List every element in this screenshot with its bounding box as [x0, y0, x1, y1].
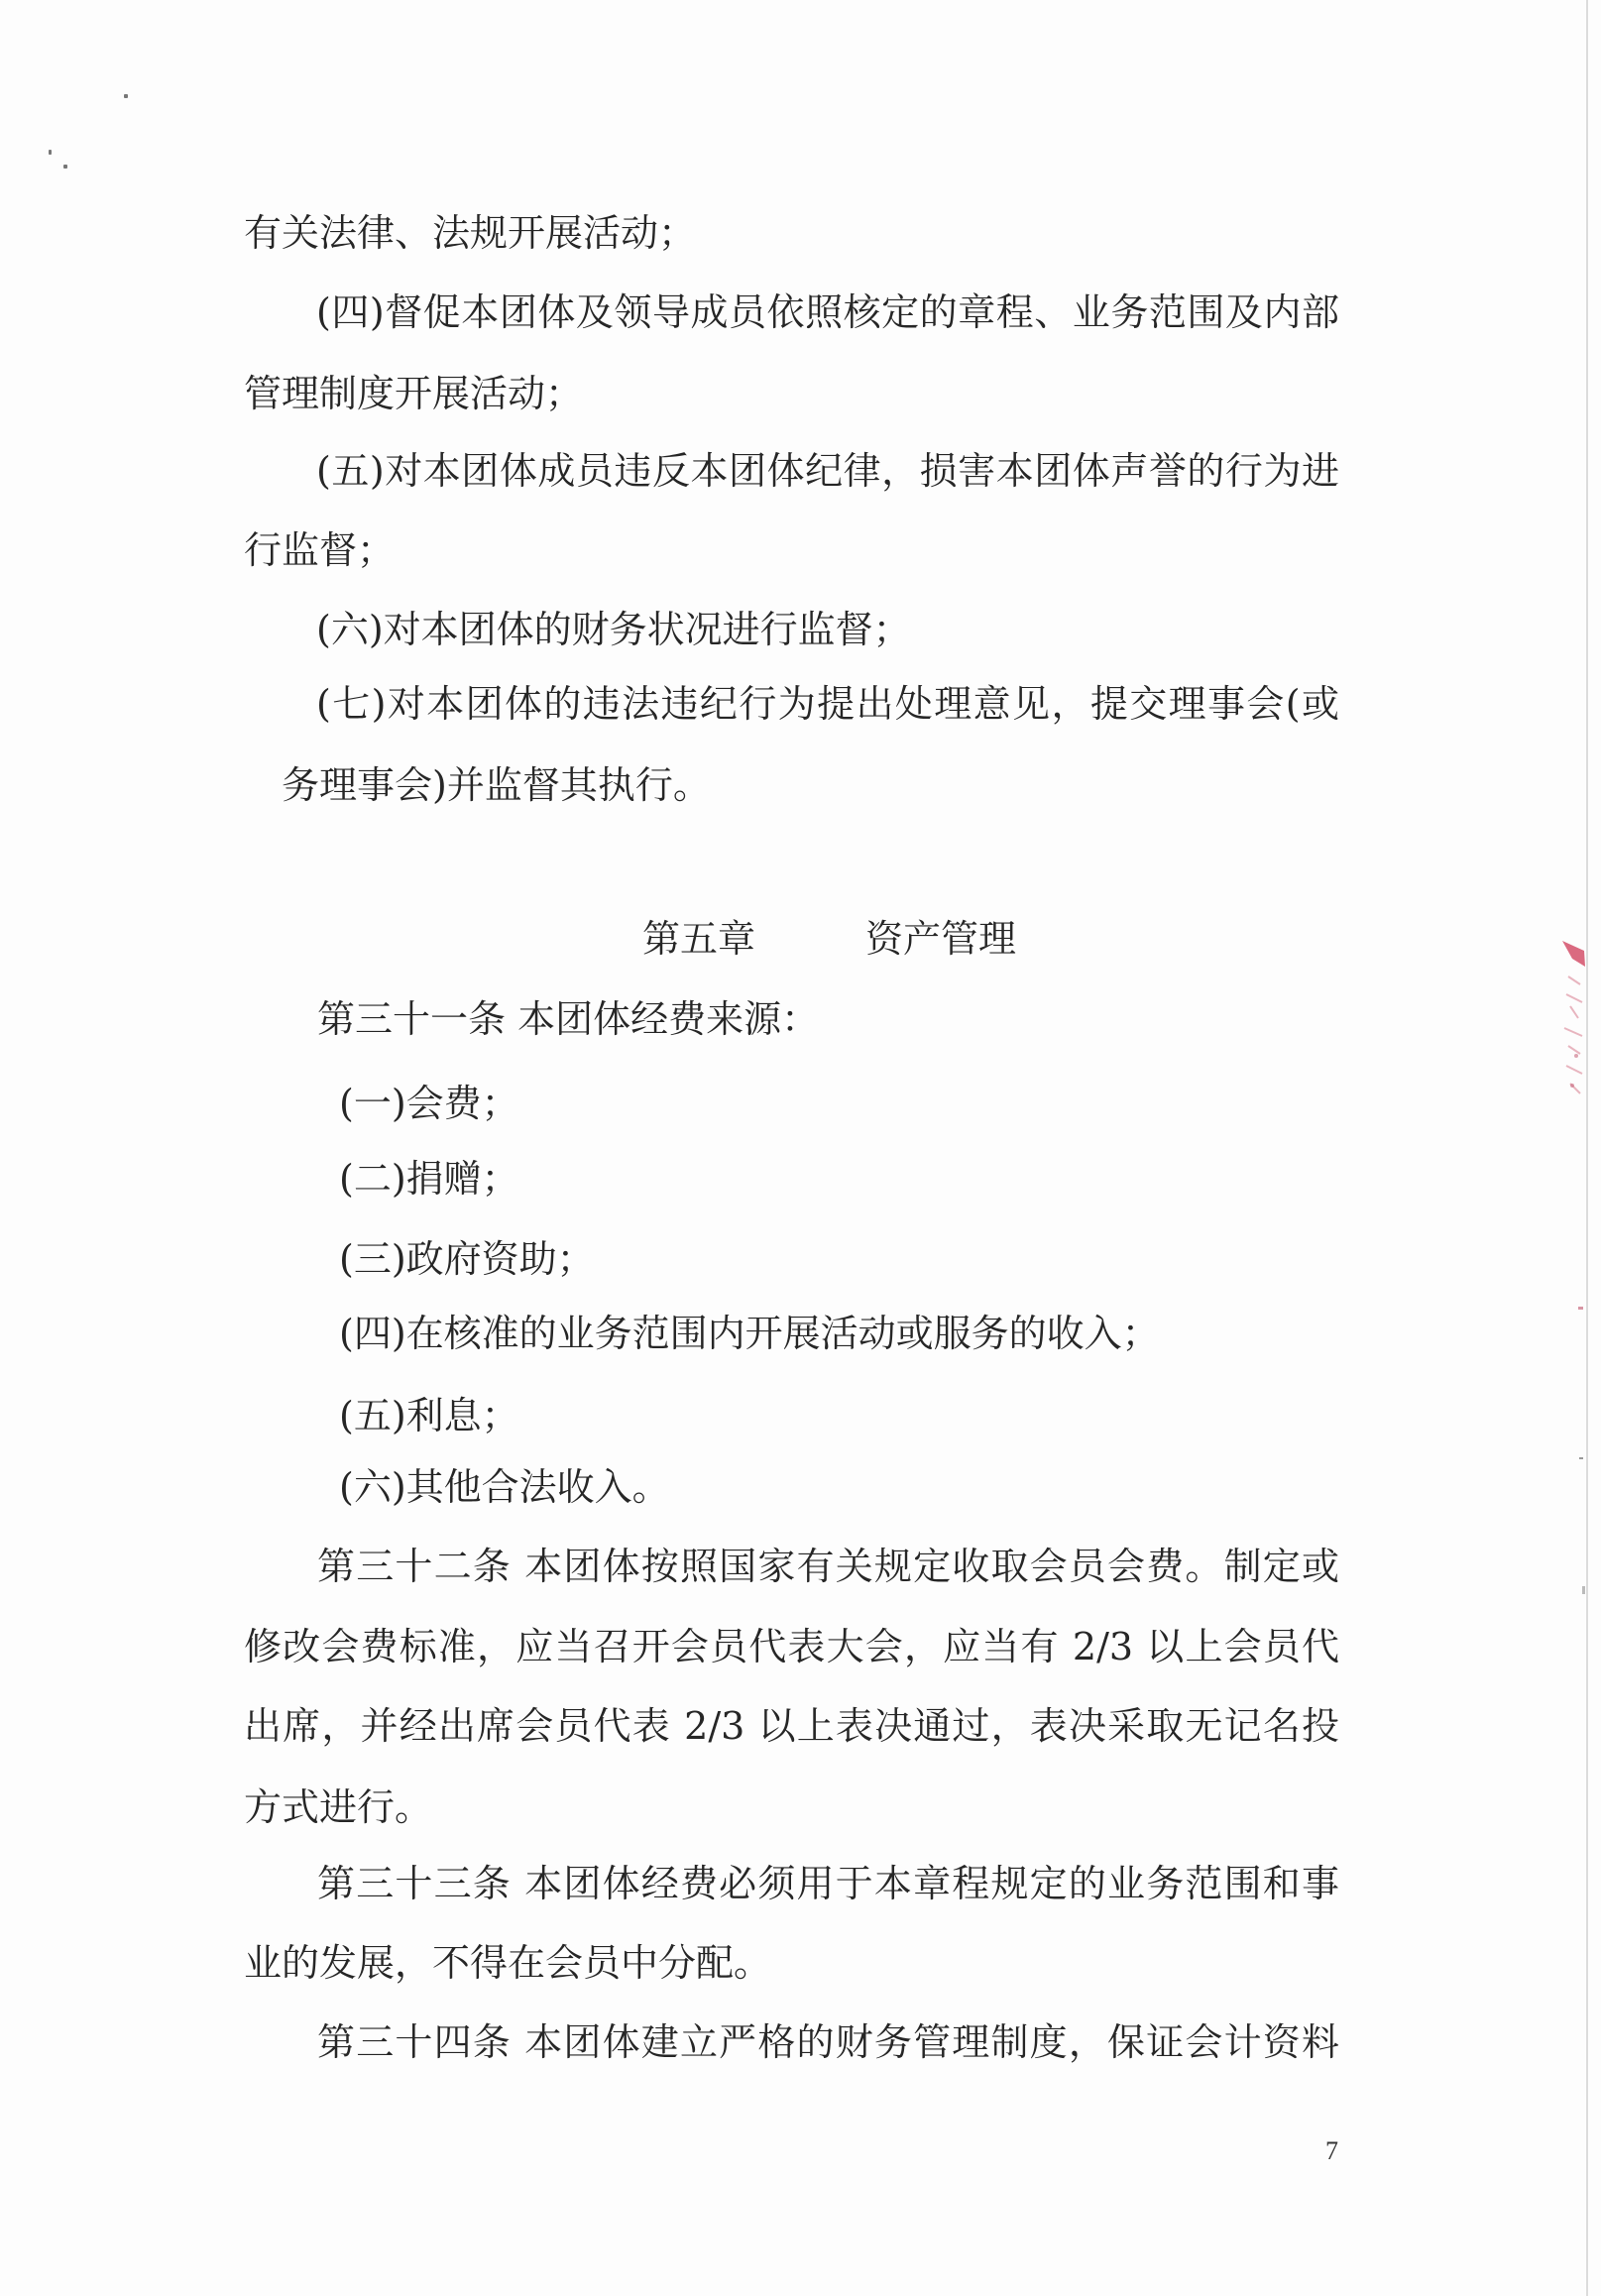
stamp-speck — [1578, 1307, 1583, 1310]
article-heading: 第三十一条 本团体经费来源： — [317, 994, 819, 1044]
scan-speck — [1582, 1586, 1585, 1594]
article-text: 方式进行。 — [244, 1782, 432, 1832]
scanned-document-page: 有关法律、法规开展活动； (四)督促本团体及领导成员依照核定的章程、业务范围及内… — [0, 0, 1601, 2296]
article-text: 第三十四条 本团体建立严格的财务管理制度，保证会计资料合 — [317, 2017, 1339, 2067]
article-text: 出席，并经出席会员代表 2/3 以上表决通过，表决采取无记名投票 — [244, 1701, 1339, 1751]
list-item: (二)捐赠； — [339, 1154, 519, 1204]
list-item: (四)在核准的业务范围内开展活动或服务的收入； — [339, 1309, 1160, 1358]
article-text: 第三十三条 本团体经费必须用于本章程规定的业务范围和事 — [317, 1859, 1339, 1908]
article-text: 修改会费标准，应当召开会员代表大会，应当有 2/3 以上会员代表 — [244, 1622, 1339, 1671]
scan-speck — [49, 150, 52, 155]
scan-speck — [1579, 1457, 1583, 1459]
chapter-number: 第五章 — [642, 914, 755, 964]
page-edge-line — [1586, 0, 1588, 2296]
list-item: (三)政府资助； — [339, 1234, 595, 1284]
article-text: 第三十二条 本团体按照国家有关规定收取会员会费。制定或者 — [317, 1542, 1339, 1591]
page-number: 7 — [1325, 2136, 1338, 2166]
article-text: 业的发展，不得在会员中分配。 — [244, 1938, 771, 1988]
text-line: 管理制度开展活动； — [244, 369, 583, 418]
text-line: (四)督促本团体及领导成员依照核定的章程、业务范围及内部 — [316, 287, 1339, 337]
chapter-title: 资产管理 — [865, 914, 1016, 964]
text-line: (七)对本团体的违法违纪行为提出处理意见，提交理事会(或常 — [316, 679, 1339, 729]
text-line: (六)对本团体的财务状况进行监督； — [316, 605, 911, 654]
text-line: 行监督； — [244, 525, 395, 575]
scan-speck — [124, 94, 128, 98]
text-line: 务理事会)并监督其执行。 — [282, 760, 711, 810]
scan-speck — [63, 165, 67, 169]
list-item: (一)会费； — [339, 1079, 519, 1128]
text-line: 有关法律、法规开展活动； — [244, 208, 696, 258]
list-item: (六)其他合法收入。 — [339, 1462, 670, 1512]
red-seal-stamp-fragment — [1558, 937, 1588, 1100]
text-line: (五)对本团体成员违反本团体纪律，损害本团体声誉的行为进 — [316, 446, 1339, 496]
list-item: (五)利息； — [339, 1391, 519, 1440]
